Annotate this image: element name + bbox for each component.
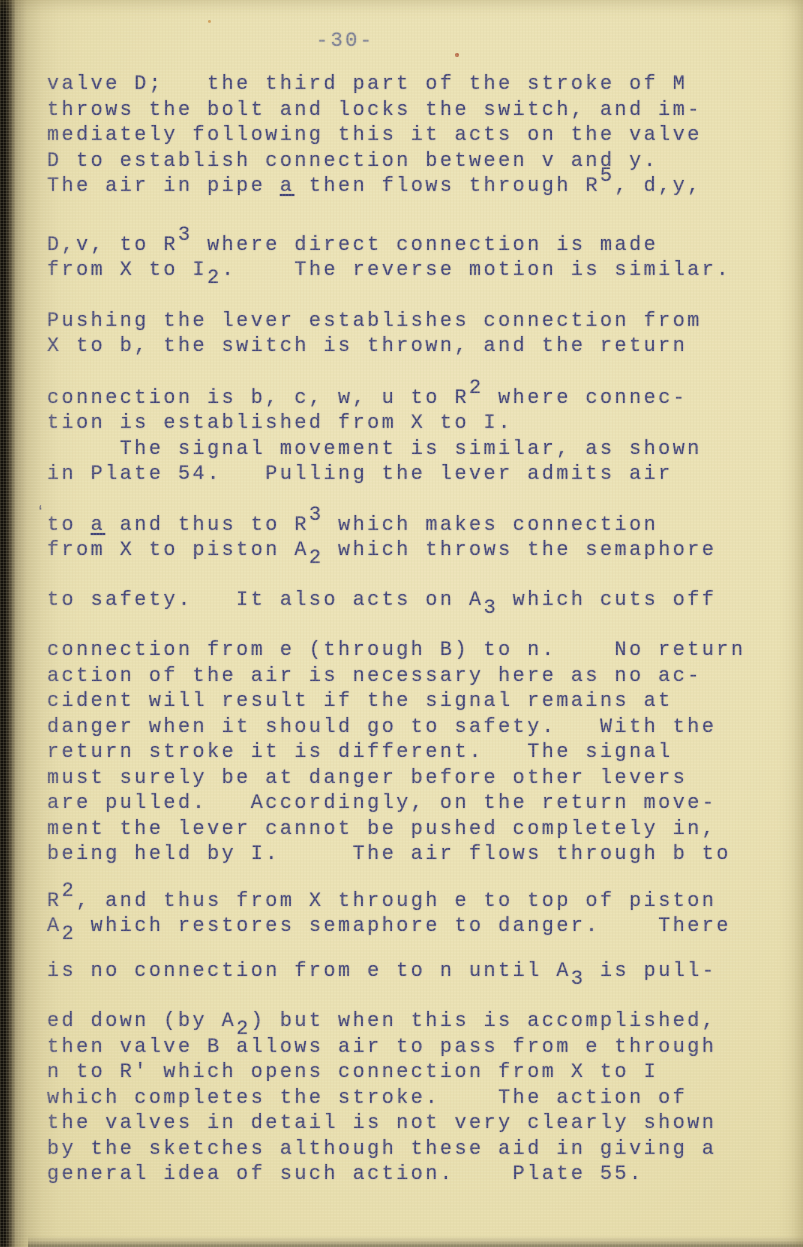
text-line: being held by I. The air flows through b… <box>47 842 746 868</box>
paragraph-1: valve D; the third part of the stroke of… <box>47 72 746 200</box>
text-line: connection is b, c, w, u to R2 where con… <box>47 386 746 412</box>
text-line: must surely be at danger before other le… <box>47 766 746 792</box>
text-line: The signal movement is similar, as shown <box>47 437 746 463</box>
bottom-edge-shadow <box>28 1236 803 1247</box>
text-line: connection from e (through B) to n. No r… <box>47 638 746 664</box>
text-line: X to b, the switch is thrown, and the re… <box>47 334 746 360</box>
paragraph-5: to a and thus to R3 which makes connecti… <box>47 513 746 564</box>
text-line: The air in pipe a then flows through R5,… <box>47 174 746 200</box>
text-line: cident will result if the signal remains… <box>47 689 746 715</box>
paragraph-8: R2, and thus from X through e to top of … <box>47 889 746 940</box>
text-line: in Plate 54. Pulling the lever admits ai… <box>47 462 746 488</box>
text-line: from X to piston A2 which throws the sem… <box>47 538 746 564</box>
text-line: mediately following this it acts on the … <box>47 123 746 149</box>
text-line: danger when it should go to safety. With… <box>47 715 746 741</box>
text-line: to safety. It also acts on A3 which cuts… <box>47 588 746 614</box>
text-line: return stroke it is different. The signa… <box>47 740 746 766</box>
text-line: Pushing the lever establishes connection… <box>47 309 746 335</box>
text-line: action of the air is necessary here as n… <box>47 664 746 690</box>
ink-speck <box>208 20 211 23</box>
ink-speck <box>455 53 459 57</box>
text-line: is no connection from e to n until A3 is… <box>47 959 746 985</box>
paragraph-3: Pushing the lever establishes connection… <box>47 309 746 360</box>
stray-ink-mark: ʻ <box>35 505 46 525</box>
text-line: the valves in detail is not very clearly… <box>47 1111 746 1137</box>
text-line: which completes the stroke. The action o… <box>47 1086 746 1112</box>
text-line: D,v, to R3 where direct connection is ma… <box>47 233 746 259</box>
text-line: general idea of such action. Plate 55. <box>47 1162 746 1188</box>
body-text: valve D; the third part of the stroke of… <box>47 72 746 1188</box>
text-line: are pulled. Accordingly, on the return m… <box>47 791 746 817</box>
text-line: from X to I2. The reverse motion is simi… <box>47 258 746 284</box>
text-line: D to establish connection between v and … <box>47 149 746 175</box>
paragraph-4: connection is b, c, w, u to R2 where con… <box>47 386 746 488</box>
paragraph-9: is no connection from e to n until A3 is… <box>47 959 746 985</box>
text-line: n to R' which opens connection from X to… <box>47 1060 746 1086</box>
text-line: to a and thus to R3 which makes connecti… <box>47 513 746 539</box>
text-line: by the sketches although these aid in gi… <box>47 1137 746 1163</box>
page-number: -30- <box>316 29 374 54</box>
paragraph-2: D,v, to R3 where direct connection is ma… <box>47 233 746 284</box>
document-page: -30- valve D; the third part of the stro… <box>0 0 803 1247</box>
paragraph-10: ed down (by A2) but when this is accompl… <box>47 1009 746 1188</box>
paragraph-7: connection from e (through B) to n. No r… <box>47 638 746 868</box>
text-line: then valve B allows air to pass from e t… <box>47 1035 746 1061</box>
text-line: ed down (by A2) but when this is accompl… <box>47 1009 746 1035</box>
text-line: A2 which restores semaphore to danger. T… <box>47 914 746 940</box>
paragraph-6: to safety. It also acts on A3 which cuts… <box>47 588 746 614</box>
text-line: valve D; the third part of the stroke of… <box>47 72 746 98</box>
text-line: throws the bolt and locks the switch, an… <box>47 98 746 124</box>
text-line: ment the lever cannot be pushed complete… <box>47 817 746 843</box>
text-line: R2, and thus from X through e to top of … <box>47 889 746 915</box>
text-line: tion is established from X to I. <box>47 411 746 437</box>
